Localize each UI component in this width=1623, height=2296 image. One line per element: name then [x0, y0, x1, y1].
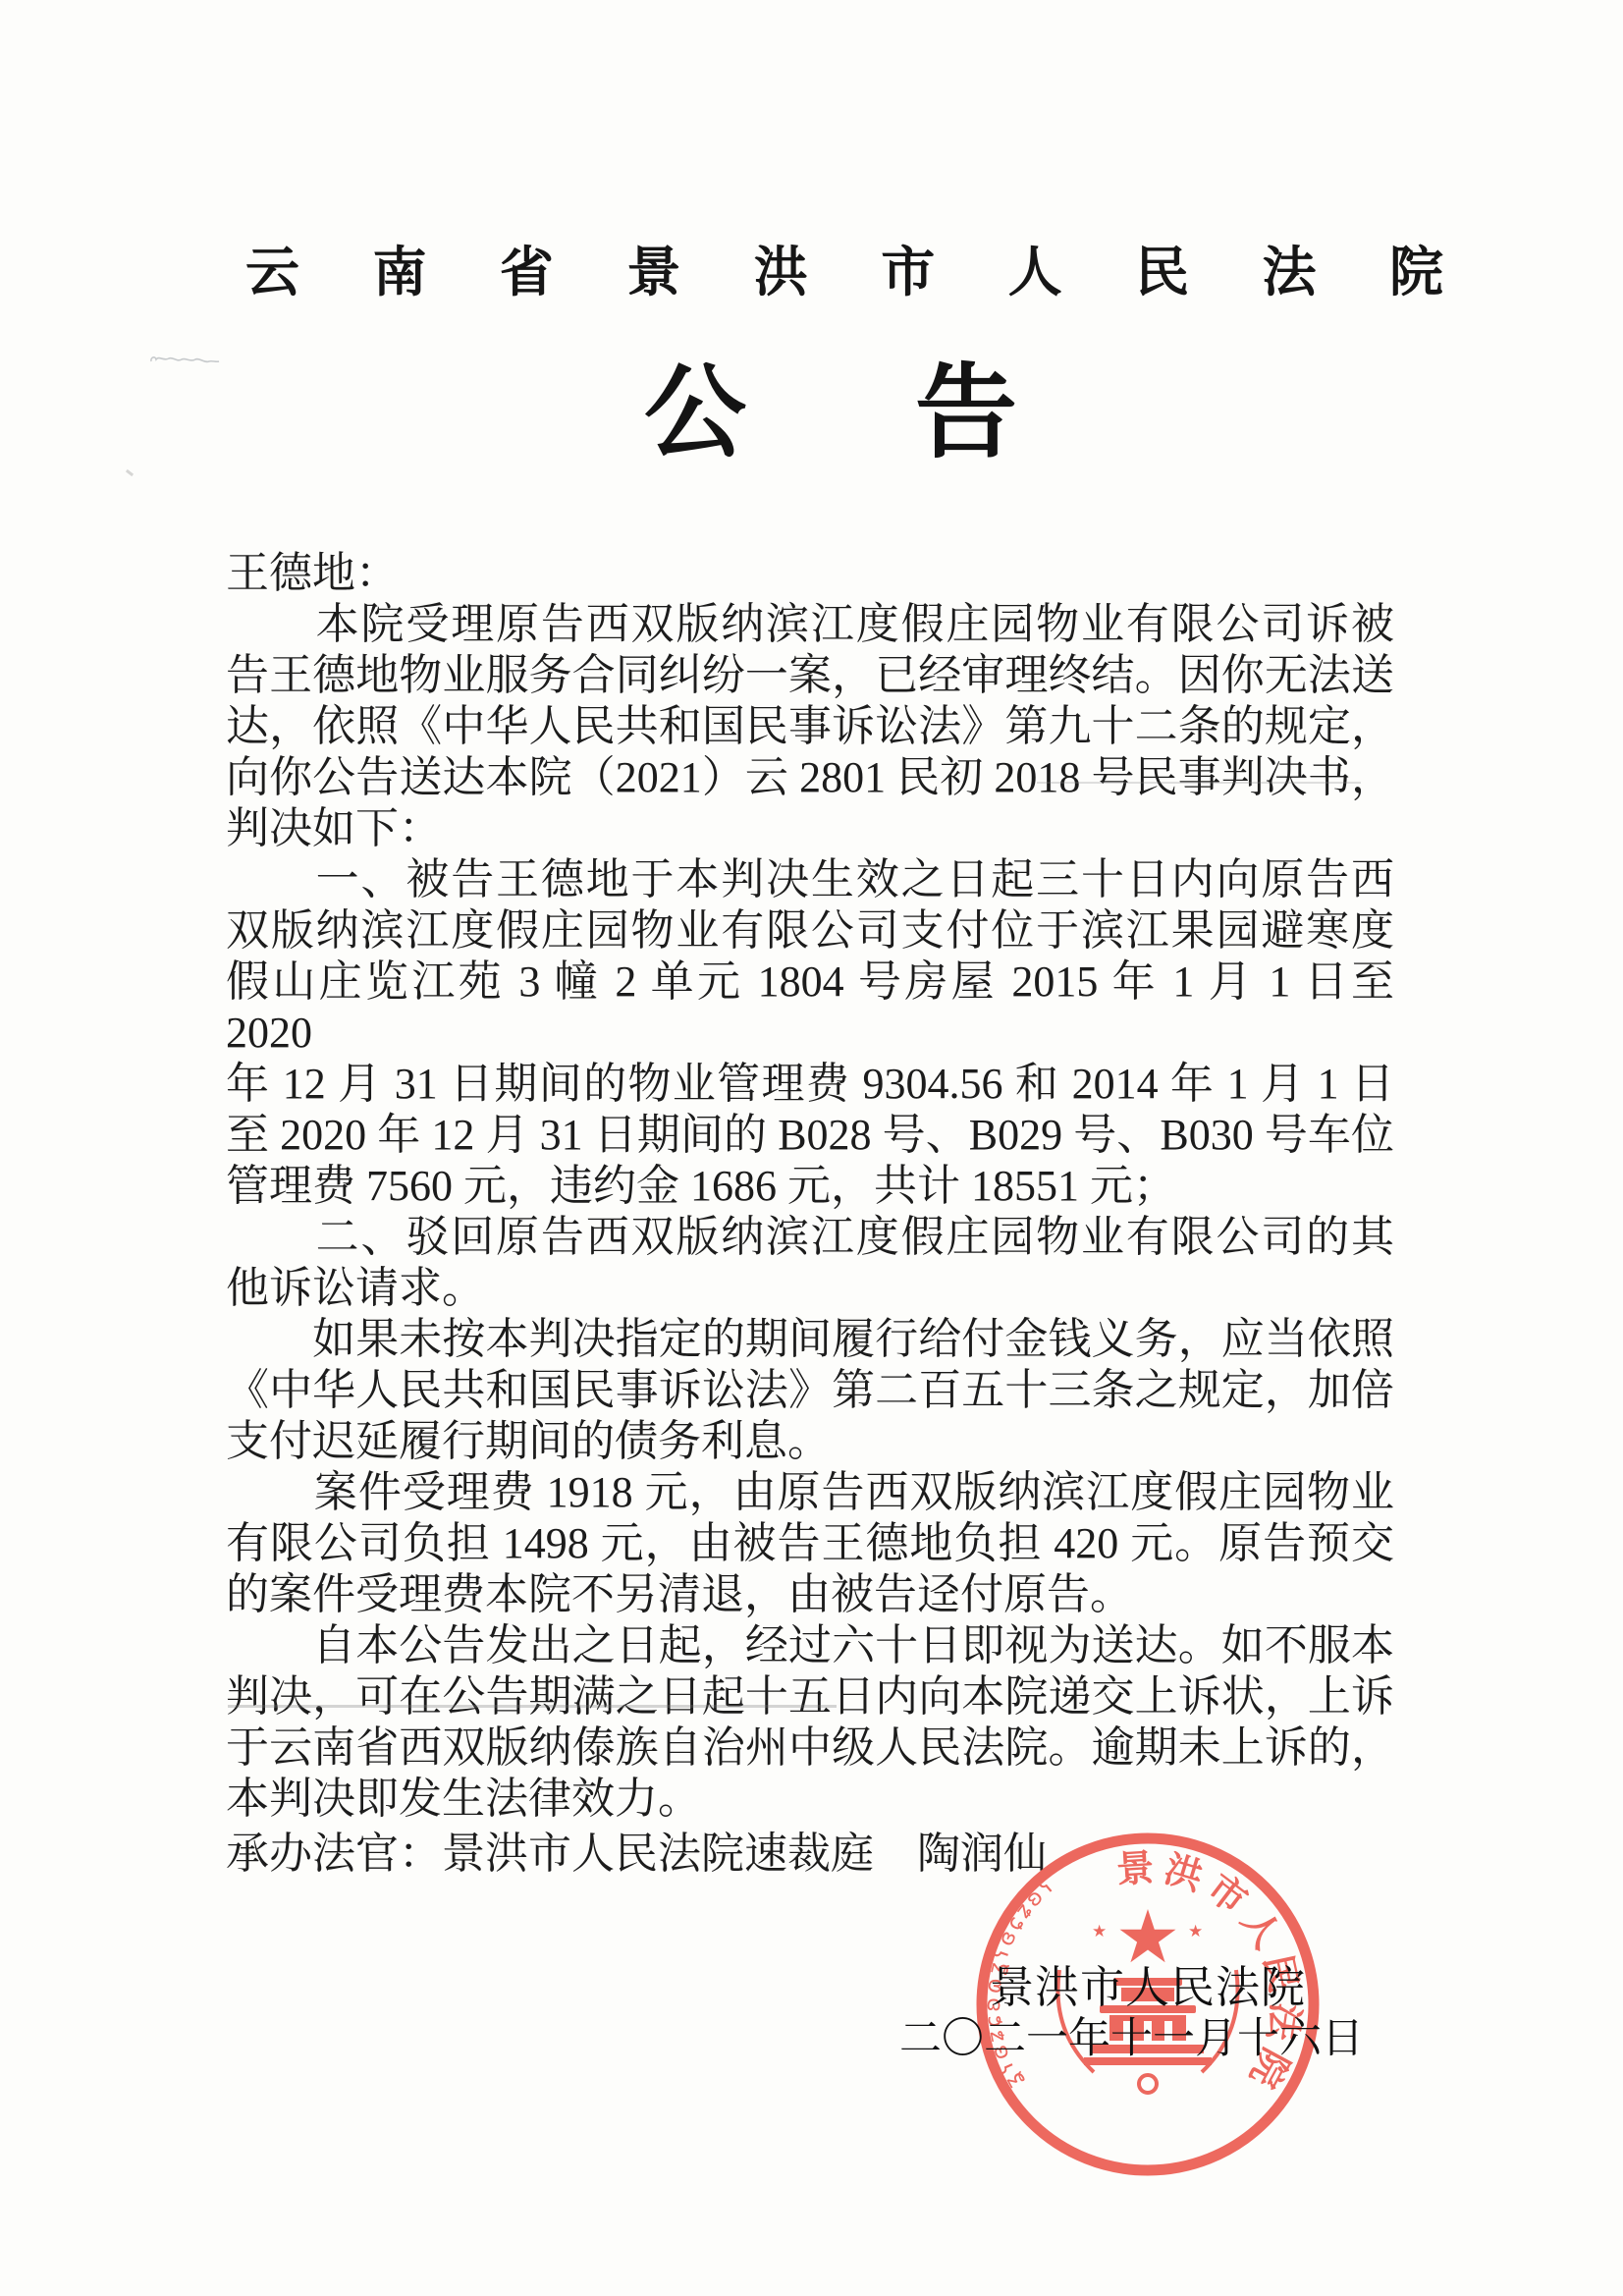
- body-line: 王德地：: [226, 548, 1394, 599]
- signature-date: 二〇二一年十一月十六日: [899, 2014, 1390, 2065]
- body-line: 管理费 7560 元，违约金 1686 元，共计 18551 元；: [226, 1161, 1394, 1212]
- scan-streak: [228, 1705, 837, 1708]
- body-line: 自本公告发出之日起，经过六十日即视为送达。如不服本: [226, 1620, 1394, 1671]
- body-text: 王德地： 本院受理原告西双版纳滨江度假庄园物业有限公司诉被告王德地物业服务合同纠…: [226, 548, 1394, 1825]
- body-line: 如果未按本判决指定的期间履行给付金钱义务，应当依照: [226, 1314, 1394, 1365]
- body-line: 判决，可在公告期满之日起十五日内向本院递交上诉状，上诉: [226, 1671, 1394, 1722]
- scan-streak: [1037, 782, 1361, 784]
- body-line: 告王德地物业服务合同纠纷一案，已经审理终结。因你无法送: [226, 650, 1394, 701]
- svg-text:★: ★: [1188, 1922, 1203, 1941]
- body-line: 他诉讼请求。: [226, 1263, 1394, 1314]
- body-line: 本院受理原告西双版纳滨江度假庄园物业有限公司诉被: [226, 599, 1394, 650]
- body-line: 案件受理费 1918 元，由原告西双版纳滨江度假庄园物业: [226, 1467, 1394, 1518]
- body-line: 《中华人民共和国民事诉讼法》第二百五十三条之规定，加倍: [226, 1365, 1394, 1416]
- doc-title: 公告: [644, 361, 1017, 465]
- body-line: 的案件受理费本院不另清退，由被告迳付原告。: [226, 1569, 1394, 1620]
- scan-mark: [126, 469, 134, 476]
- body-line: 判决如下：: [226, 803, 1394, 854]
- body-line: 达，依照《中华人民共和国民事诉讼法》第九十二条的规定，: [226, 701, 1394, 752]
- signature-court-name: 景洪市人民法院: [990, 1962, 1324, 2013]
- body-line: 支付迟延履行期间的债务利息。: [226, 1416, 1394, 1467]
- court-title: 云南省景洪市人民法院: [245, 244, 1443, 301]
- body-line: 有限公司负担 1498 元，由被告王德地负担 420 元。原告预交: [226, 1518, 1394, 1569]
- body-line: 向你公告送达本院（2021）云 2801 民初 2018 号民事判决书，: [226, 752, 1394, 803]
- body-line: 年 12 月 31 日期间的物业管理费 9304.56 和 2014 年 1 月…: [226, 1059, 1394, 1110]
- body-line: 一、被告王德地于本判决生效之日起三十日内向原告西: [226, 854, 1394, 905]
- document-page: 云南省景洪市人民法院 公告 王德地： 本院受理原告西双版纳滨江度假庄园物业有限公…: [0, 0, 1623, 2296]
- svg-text:★: ★: [1092, 1922, 1107, 1941]
- body-line: 本判决即发生法律效力。: [226, 1774, 1394, 1825]
- scan-smudge: [147, 352, 224, 371]
- body-line: 假山庄览江苑 3 幢 2 单元 1804 号房屋 2015 年 1 月 1 日至…: [226, 957, 1394, 1059]
- body-line: 至 2020 年 12 月 31 日期间的 B028 号、B029 号、B030…: [226, 1110, 1394, 1161]
- body-line: 于云南省西双版纳傣族自治州中级人民法院。逾期未上诉的，: [226, 1722, 1394, 1774]
- body-line: 二、驳回原告西双版纳滨江度假庄园物业有限公司的其: [226, 1212, 1394, 1263]
- body-line: 双版纳滨江度假庄园物业有限公司支付位于滨江果园避寒度: [226, 905, 1394, 957]
- emblem-star-icon: [1120, 1909, 1176, 1962]
